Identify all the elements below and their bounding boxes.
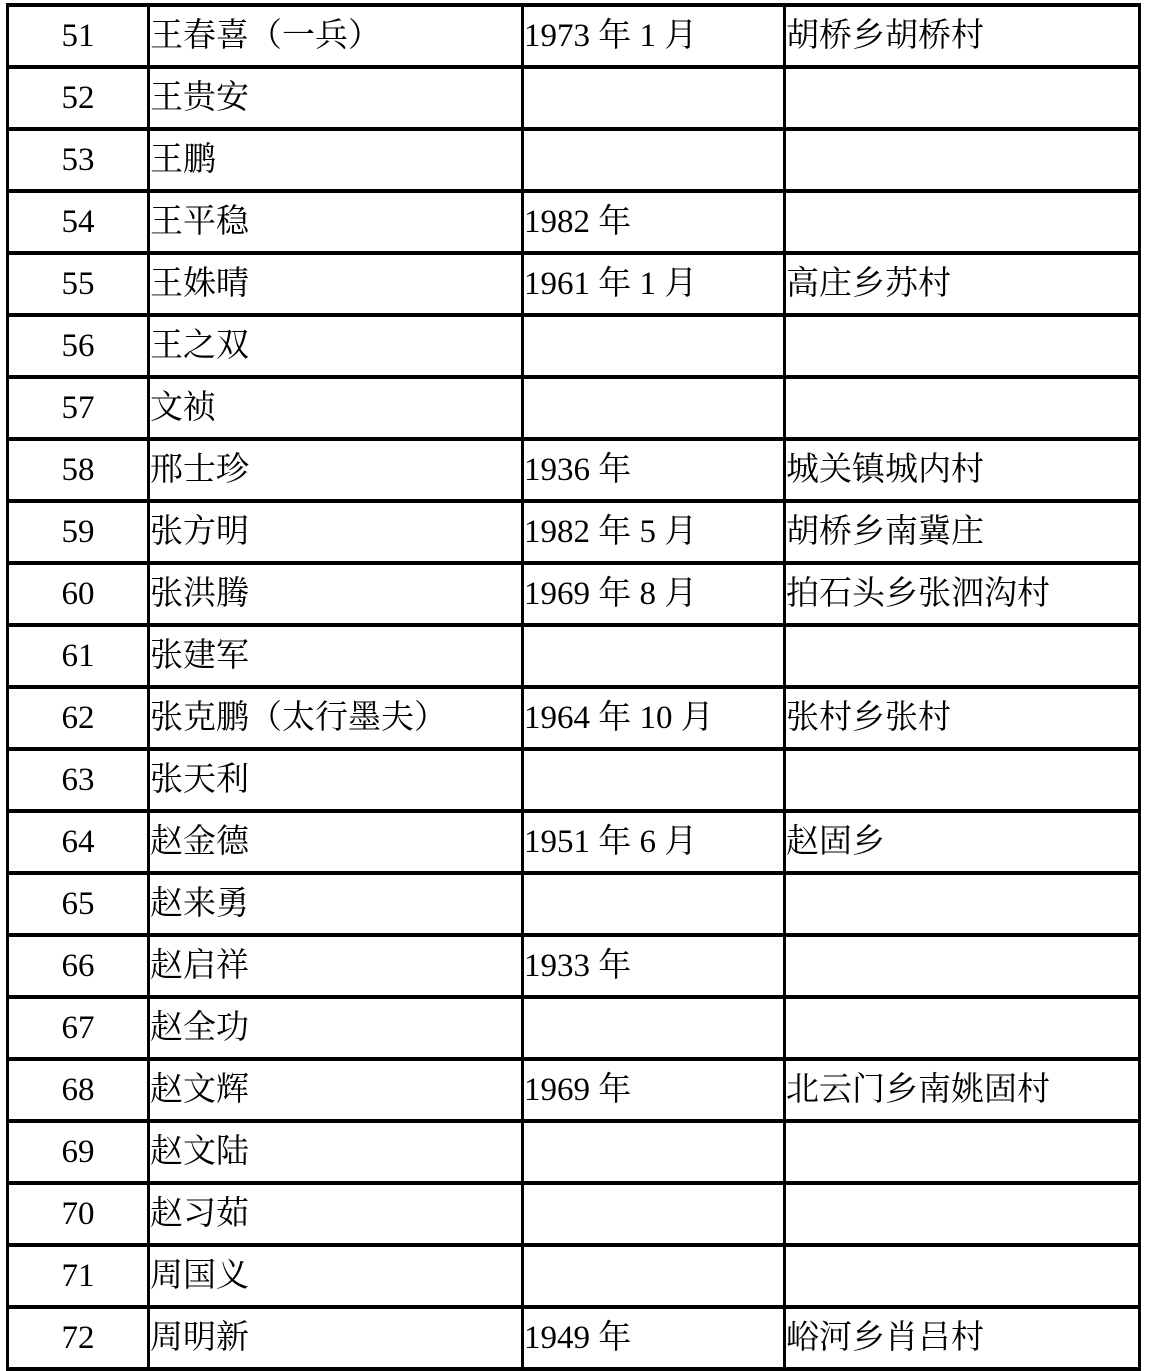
name-cell: 赵启祥 xyxy=(149,935,523,997)
row-number-cell: 55 xyxy=(8,253,149,315)
name-cell: 赵金德 xyxy=(149,811,523,873)
birthdate-cell: 1982 年 5 月 xyxy=(523,501,785,563)
name-cell: 王平稳 xyxy=(149,191,523,253)
birthdate-cell: 1973 年 1 月 xyxy=(523,5,785,67)
table-row: 59 张方明 1982 年 5 月 胡桥乡南冀庄 xyxy=(8,501,1140,563)
table-row: 67 赵全功 xyxy=(8,997,1140,1059)
row-number-cell: 59 xyxy=(8,501,149,563)
birthdate-cell xyxy=(523,997,785,1059)
hometown-cell xyxy=(785,873,1140,935)
birthdate-cell xyxy=(523,1183,785,1245)
hometown-cell xyxy=(785,377,1140,439)
hometown-cell xyxy=(785,315,1140,377)
birthdate-cell: 1933 年 xyxy=(523,935,785,997)
name-cell: 王春喜（一兵） xyxy=(149,5,523,67)
hometown-cell: 峪河乡肖吕村 xyxy=(785,1307,1140,1369)
roster-table-body: 51 王春喜（一兵） 1973 年 1 月 胡桥乡胡桥村 52 王贵安 53 王… xyxy=(8,5,1140,1369)
hometown-cell xyxy=(785,129,1140,191)
hometown-cell xyxy=(785,1183,1140,1245)
name-cell: 邢士珍 xyxy=(149,439,523,501)
row-number-cell: 66 xyxy=(8,935,149,997)
birthdate-cell xyxy=(523,873,785,935)
birthdate-cell xyxy=(523,1245,785,1307)
name-cell: 文祯 xyxy=(149,377,523,439)
document-page: 51 王春喜（一兵） 1973 年 1 月 胡桥乡胡桥村 52 王贵安 53 王… xyxy=(0,3,1151,1371)
name-cell: 周明新 xyxy=(149,1307,523,1369)
table-row: 57 文祯 xyxy=(8,377,1140,439)
row-number-cell: 69 xyxy=(8,1121,149,1183)
row-number-cell: 65 xyxy=(8,873,149,935)
birthdate-cell xyxy=(523,129,785,191)
row-number-cell: 62 xyxy=(8,687,149,749)
name-cell: 周国义 xyxy=(149,1245,523,1307)
name-cell: 赵全功 xyxy=(149,997,523,1059)
hometown-cell xyxy=(785,1245,1140,1307)
hometown-cell xyxy=(785,625,1140,687)
table-row: 72 周明新 1949 年 峪河乡肖吕村 xyxy=(8,1307,1140,1369)
table-row: 65 赵来勇 xyxy=(8,873,1140,935)
hometown-cell: 胡桥乡南冀庄 xyxy=(785,501,1140,563)
name-cell: 王贵安 xyxy=(149,67,523,129)
birthdate-cell: 1936 年 xyxy=(523,439,785,501)
birthdate-cell: 1951 年 6 月 xyxy=(523,811,785,873)
birthdate-cell xyxy=(523,749,785,811)
hometown-cell: 张村乡张村 xyxy=(785,687,1140,749)
name-cell: 赵来勇 xyxy=(149,873,523,935)
table-row: 62 张克鹏（太行墨夫） 1964 年 10 月 张村乡张村 xyxy=(8,687,1140,749)
birthdate-cell: 1969 年 xyxy=(523,1059,785,1121)
name-cell: 张克鹏（太行墨夫） xyxy=(149,687,523,749)
birthdate-cell: 1949 年 xyxy=(523,1307,785,1369)
row-number-cell: 68 xyxy=(8,1059,149,1121)
row-number-cell: 67 xyxy=(8,997,149,1059)
name-cell: 赵文辉 xyxy=(149,1059,523,1121)
name-cell: 张天利 xyxy=(149,749,523,811)
table-row: 55 王姝晴 1961 年 1 月 高庄乡苏村 xyxy=(8,253,1140,315)
row-number-cell: 60 xyxy=(8,563,149,625)
table-row: 64 赵金德 1951 年 6 月 赵固乡 xyxy=(8,811,1140,873)
name-cell: 张方明 xyxy=(149,501,523,563)
table-row: 61 张建军 xyxy=(8,625,1140,687)
name-cell: 王鹏 xyxy=(149,129,523,191)
row-number-cell: 53 xyxy=(8,129,149,191)
row-number-cell: 57 xyxy=(8,377,149,439)
hometown-cell xyxy=(785,997,1140,1059)
table-row: 54 王平稳 1982 年 xyxy=(8,191,1140,253)
hometown-cell: 北云门乡南姚固村 xyxy=(785,1059,1140,1121)
hometown-cell: 赵固乡 xyxy=(785,811,1140,873)
hometown-cell xyxy=(785,749,1140,811)
table-row: 69 赵文陆 xyxy=(8,1121,1140,1183)
name-cell: 王姝晴 xyxy=(149,253,523,315)
row-number-cell: 64 xyxy=(8,811,149,873)
table-row: 66 赵启祥 1933 年 xyxy=(8,935,1140,997)
row-number-cell: 72 xyxy=(8,1307,149,1369)
table-row: 68 赵文辉 1969 年 北云门乡南姚固村 xyxy=(8,1059,1140,1121)
name-cell: 赵文陆 xyxy=(149,1121,523,1183)
hometown-cell xyxy=(785,1121,1140,1183)
table-row: 60 张洪腾 1969 年 8 月 拍石头乡张泗沟村 xyxy=(8,563,1140,625)
birthdate-cell: 1961 年 1 月 xyxy=(523,253,785,315)
row-number-cell: 54 xyxy=(8,191,149,253)
row-number-cell: 71 xyxy=(8,1245,149,1307)
name-cell: 张洪腾 xyxy=(149,563,523,625)
row-number-cell: 61 xyxy=(8,625,149,687)
table-row: 53 王鹏 xyxy=(8,129,1140,191)
row-number-cell: 63 xyxy=(8,749,149,811)
name-cell: 王之双 xyxy=(149,315,523,377)
birthdate-cell: 1964 年 10 月 xyxy=(523,687,785,749)
row-number-cell: 70 xyxy=(8,1183,149,1245)
birthdate-cell xyxy=(523,315,785,377)
hometown-cell xyxy=(785,935,1140,997)
row-number-cell: 51 xyxy=(8,5,149,67)
name-cell: 赵习茹 xyxy=(149,1183,523,1245)
table-row: 58 邢士珍 1936 年 城关镇城内村 xyxy=(8,439,1140,501)
roster-table: 51 王春喜（一兵） 1973 年 1 月 胡桥乡胡桥村 52 王贵安 53 王… xyxy=(6,3,1141,1371)
birthdate-cell: 1969 年 8 月 xyxy=(523,563,785,625)
birthdate-cell xyxy=(523,67,785,129)
birthdate-cell xyxy=(523,377,785,439)
table-row: 63 张天利 xyxy=(8,749,1140,811)
hometown-cell: 拍石头乡张泗沟村 xyxy=(785,563,1140,625)
birthdate-cell xyxy=(523,625,785,687)
birthdate-cell xyxy=(523,1121,785,1183)
row-number-cell: 56 xyxy=(8,315,149,377)
row-number-cell: 52 xyxy=(8,67,149,129)
hometown-cell xyxy=(785,67,1140,129)
name-cell: 张建军 xyxy=(149,625,523,687)
row-number-cell: 58 xyxy=(8,439,149,501)
table-row: 52 王贵安 xyxy=(8,67,1140,129)
birthdate-cell: 1982 年 xyxy=(523,191,785,253)
hometown-cell: 城关镇城内村 xyxy=(785,439,1140,501)
table-row: 71 周国义 xyxy=(8,1245,1140,1307)
hometown-cell: 高庄乡苏村 xyxy=(785,253,1140,315)
table-row: 56 王之双 xyxy=(8,315,1140,377)
hometown-cell xyxy=(785,191,1140,253)
table-row: 70 赵习茹 xyxy=(8,1183,1140,1245)
table-row: 51 王春喜（一兵） 1973 年 1 月 胡桥乡胡桥村 xyxy=(8,5,1140,67)
hometown-cell: 胡桥乡胡桥村 xyxy=(785,5,1140,67)
